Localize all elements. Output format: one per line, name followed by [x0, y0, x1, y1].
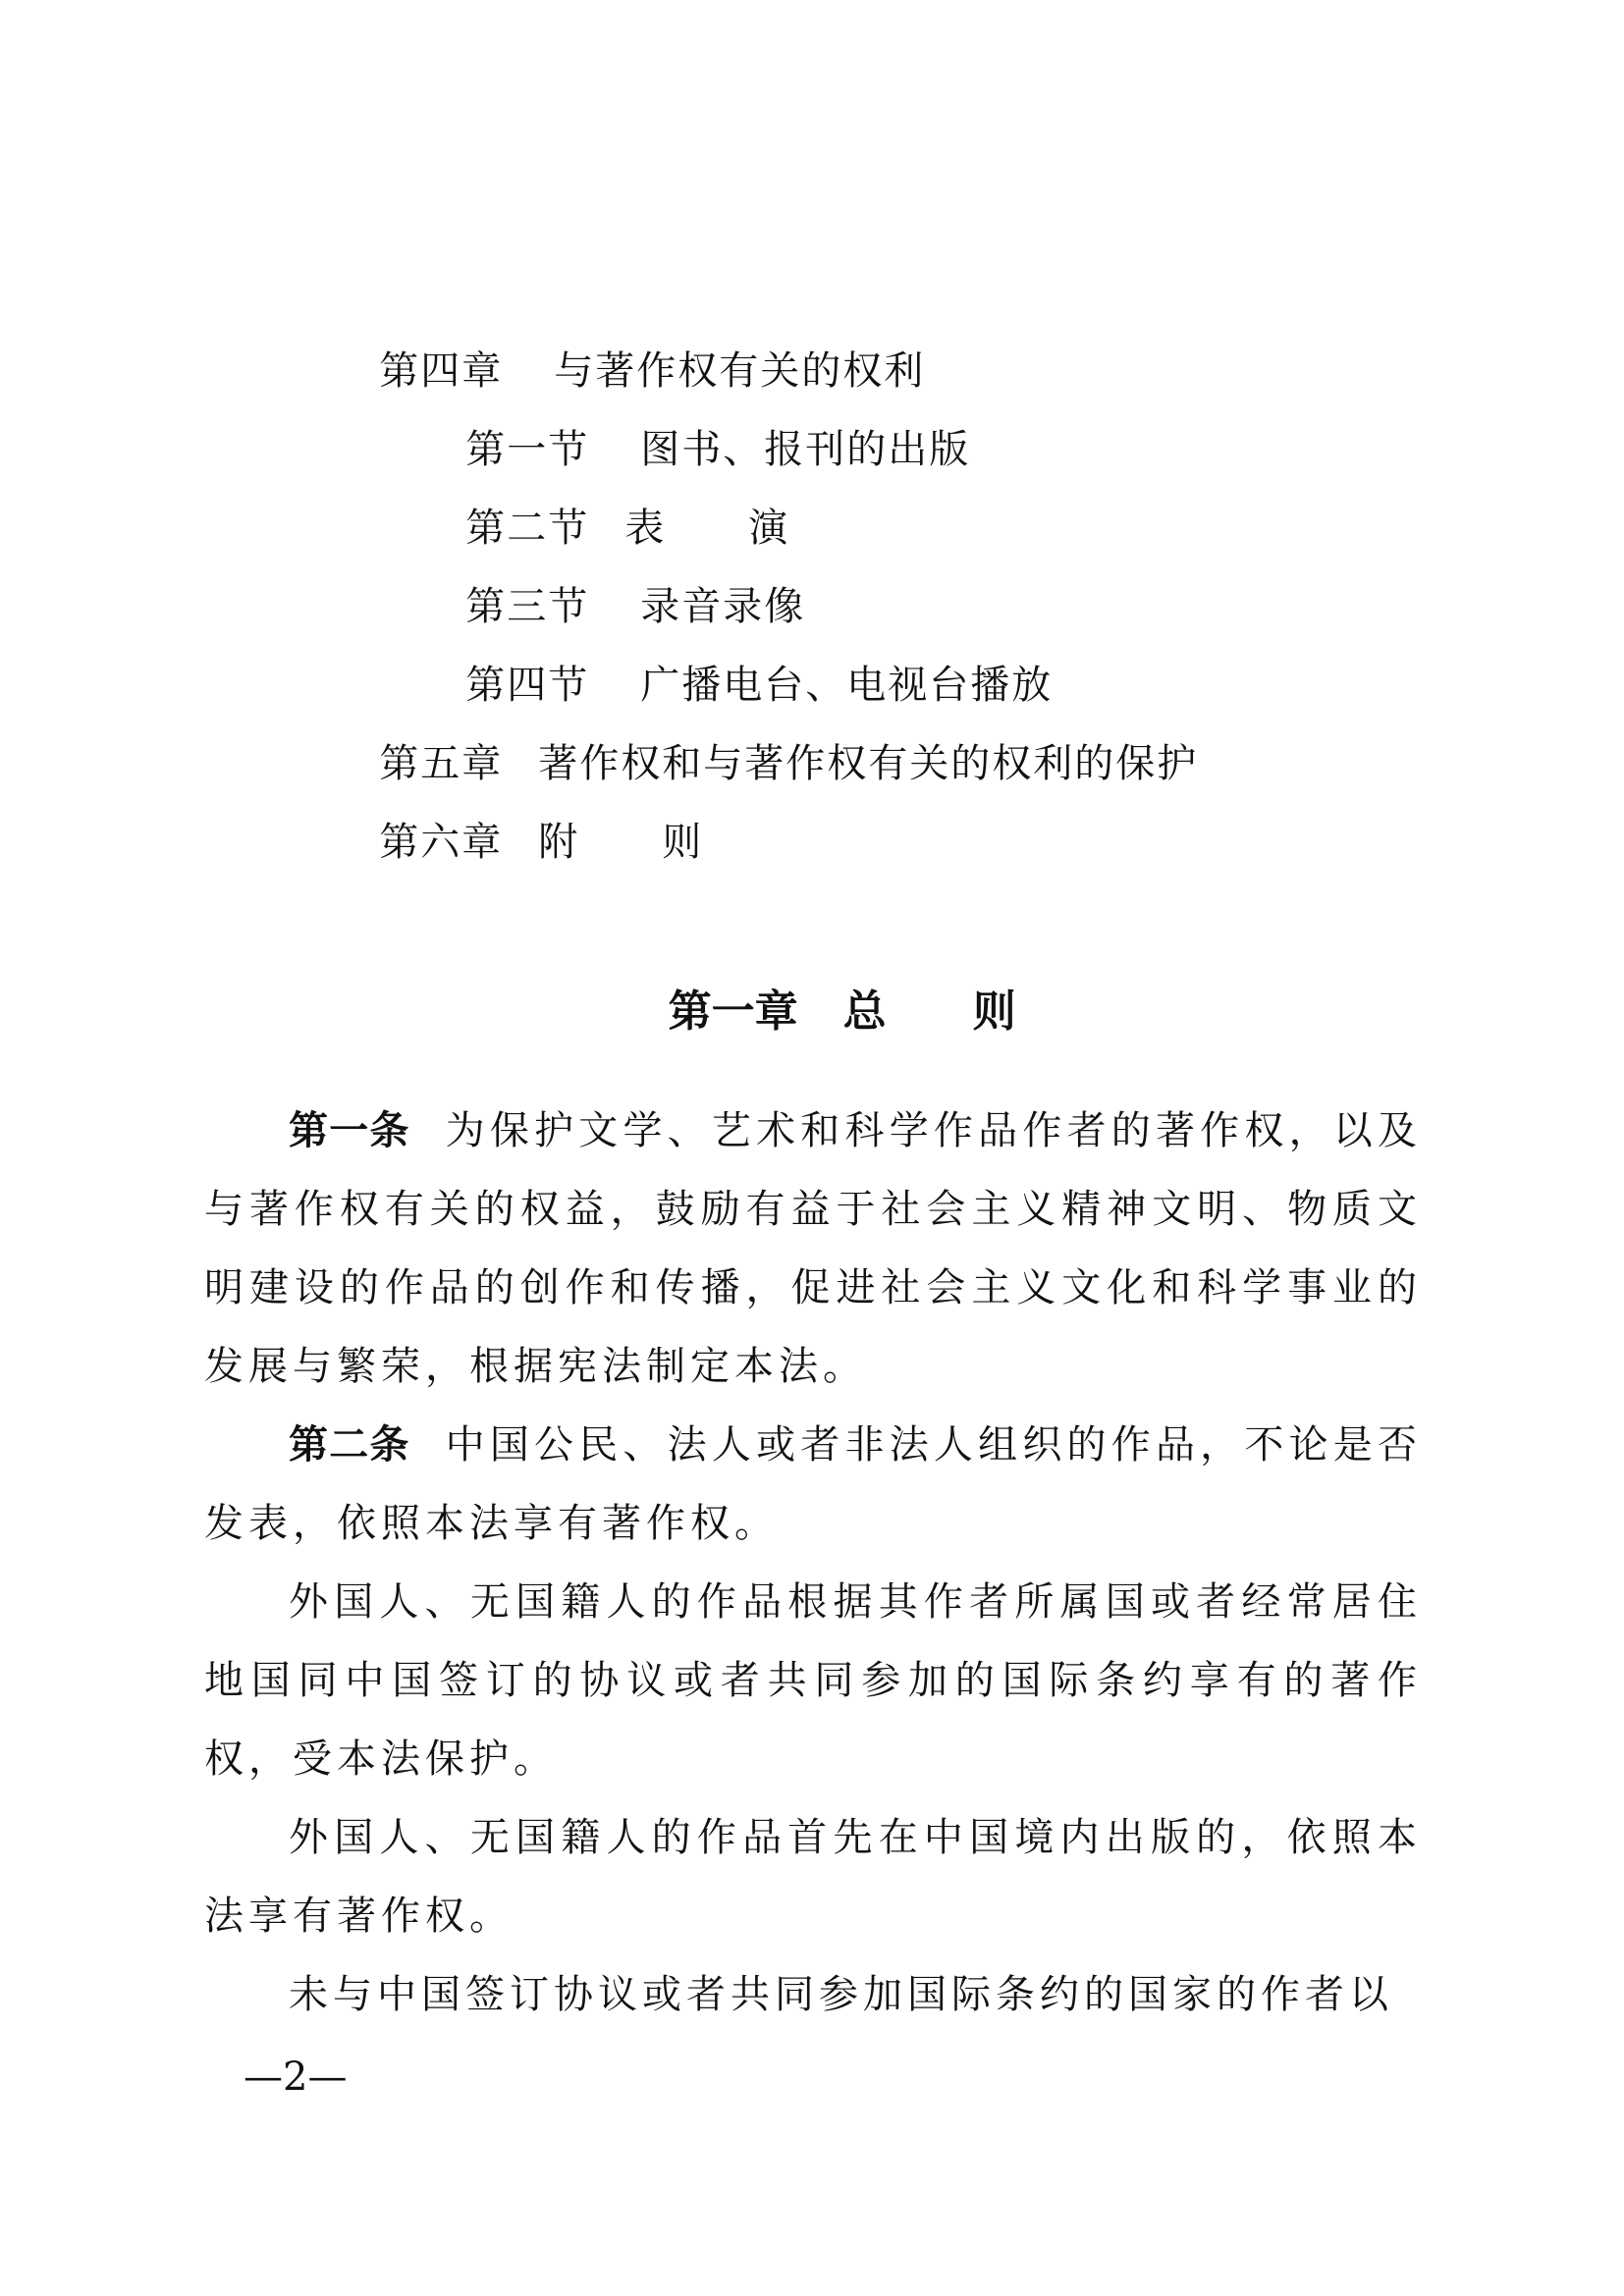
- article-label: 第一条: [289, 1108, 410, 1153]
- chapter-heading: 第一章总 则: [0, 933, 1624, 1092]
- toc-entry-title: 附 则: [538, 819, 703, 866]
- article-label: 第二条: [289, 1422, 410, 1468]
- article-2-paragraph-2: 外国人、无国籍人的作品根据其作者所属国或者经常居住地国同中国签订的协议或者共同参…: [204, 1563, 1422, 1798]
- chapter-title: 总 则: [843, 986, 1016, 1039]
- chapter-number: 第一章: [669, 986, 798, 1039]
- article-2-paragraph-1: 第二条中国公民、法人或者非法人组织的作品，不论是否发表，依照本法享有著作权。: [204, 1406, 1422, 1563]
- article-2-paragraph-3: 外国人、无国籍人的作品首先在中国境内出版的，依照本法享有著作权。: [204, 1798, 1422, 1955]
- article-2-paragraph-4: 未与中国签订协议或者共同参加国际条约的国家的作者以: [204, 1955, 1422, 2034]
- article-1-paragraph-1: 第一条为保护文学、艺术和科学作品作者的著作权，以及与著作权有关的权益，鼓励有益于…: [204, 1092, 1422, 1406]
- toc-entry-number: 第六章: [379, 819, 503, 866]
- article-body: 第一条为保护文学、艺术和科学作品作者的著作权，以及与著作权有关的权益，鼓励有益于…: [204, 1092, 1422, 2034]
- page-number: —2—: [244, 2054, 347, 2101]
- toc-entry-chapter-6: 第六章附 则: [293, 772, 703, 913]
- document-page: 第四章与著作权有关的权利 第一节图书、报刊的出版 第二节表 演 第三节录音录像 …: [0, 0, 1624, 2296]
